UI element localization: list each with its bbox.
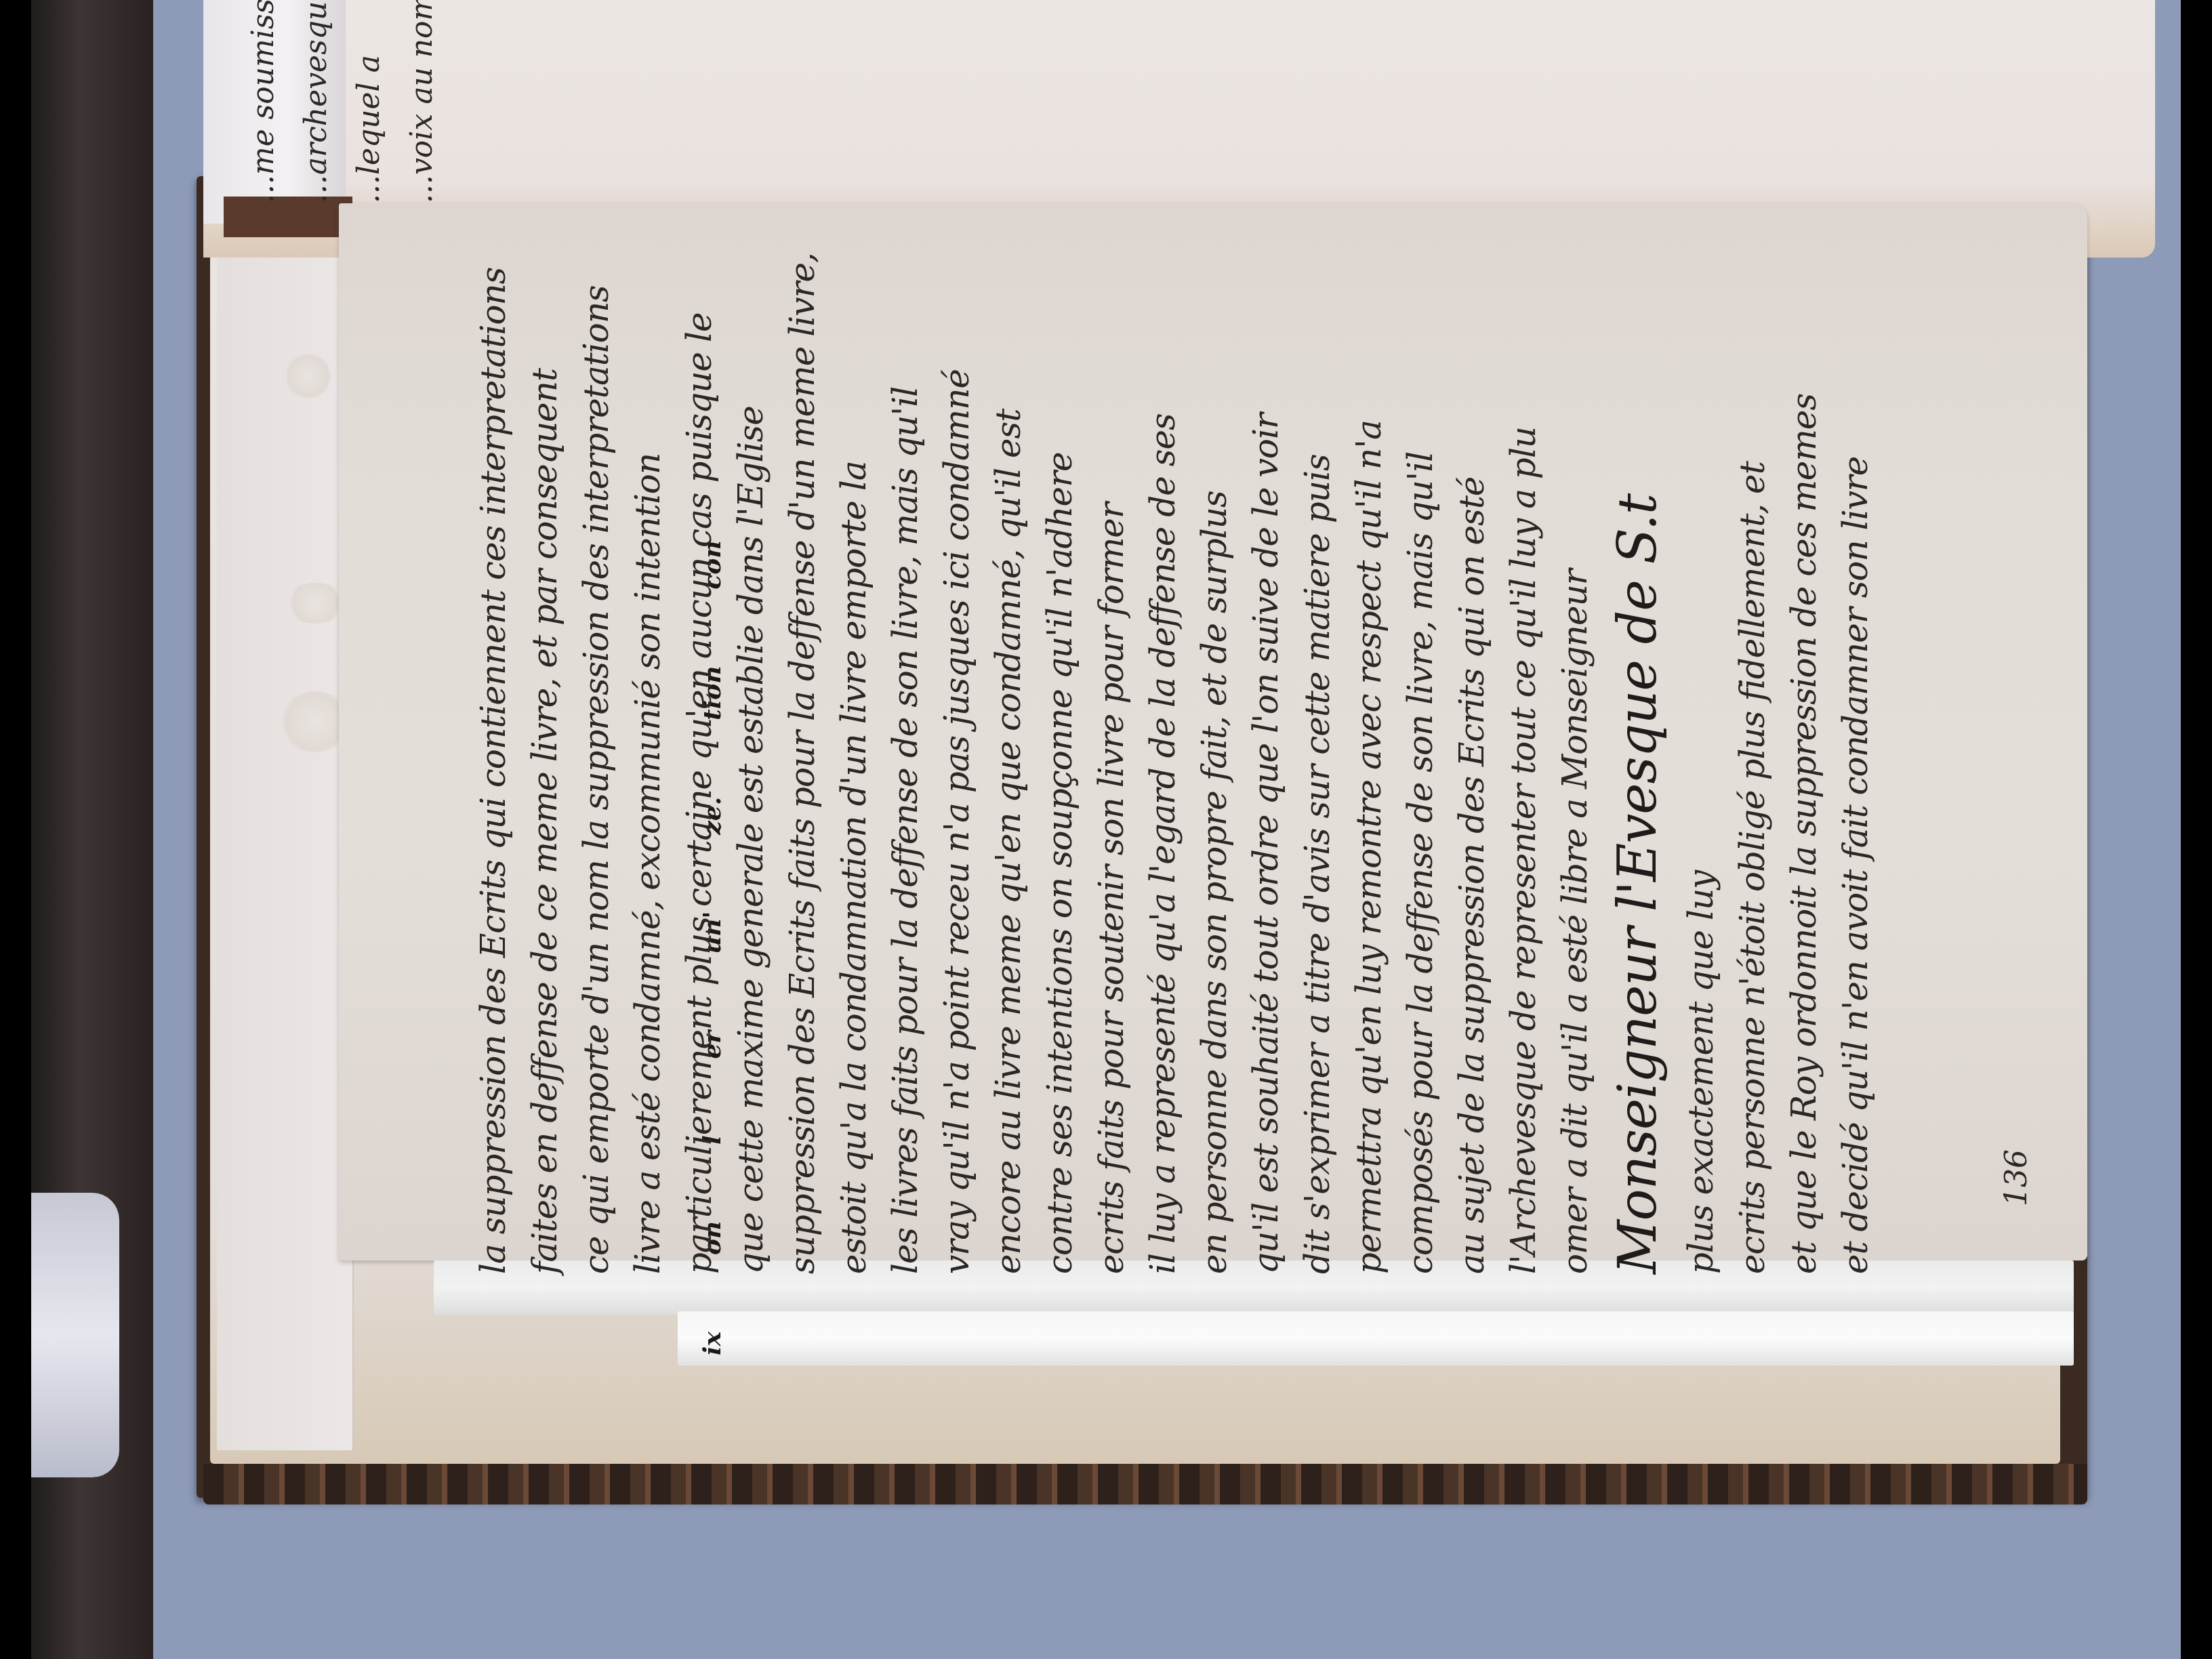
paper-slip <box>678 1311 2074 1366</box>
upper-line: ...voix au nom <box>396 0 449 203</box>
text-line: ecrits faits pour soutenir son livre pou… <box>1086 190 1137 1274</box>
text-line: l'Archevesque de representer tout ce qu'… <box>1498 190 1549 1274</box>
letterbox-left <box>0 0 31 1659</box>
upper-page-text: ...me soumission ...archevesque ...leque… <box>237 0 449 203</box>
text-line: estoit qu'a la condamnation d'un livre e… <box>828 190 880 1274</box>
text-line: et decidé qu'il n'en avoit fait condamne… <box>1830 190 1881 1274</box>
cover-worn-edge <box>203 1464 2087 1504</box>
torn-page-edge <box>217 230 354 1450</box>
text-line: faites en deffense de ce meme livre, et … <box>519 190 571 1274</box>
section-heading: Monseigneur l'Evesque de S.t <box>1601 190 1675 1274</box>
text-line: omer a dit qu'il a esté libre a Monseign… <box>1549 190 1601 1274</box>
text-line: permettra qu'en luy remontre avec respec… <box>1343 190 1395 1274</box>
text-line: contre ses intentions on soupçonne qu'il… <box>1034 190 1086 1274</box>
text-line: dit s'exprimer a titre d'avis sur cette … <box>1292 190 1343 1274</box>
text-line: livre a esté condamné, excommunié son in… <box>622 190 674 1274</box>
upper-line: ...archevesque <box>290 0 343 203</box>
text-line: que cette maxime generale est establie d… <box>725 190 777 1274</box>
paper-stain <box>285 352 332 400</box>
text-line: ecrits personne n'étoit obligé plus fide… <box>1727 190 1778 1274</box>
text-line: ce qui emporte d'un nom la suppression d… <box>571 190 622 1274</box>
cloth-fragment <box>31 1193 119 1477</box>
text-line: vray qu'il n'a point receu n'a pas jusqu… <box>931 190 983 1274</box>
slip-fragment: ix <box>698 1332 726 1355</box>
upper-line: ...lequel a <box>343 0 396 203</box>
paper-stain <box>285 583 346 623</box>
text-line: composés pour la deffense de son livre, … <box>1395 190 1446 1274</box>
page-number: 136 <box>1999 1149 2034 1206</box>
text-line: la suppression des Ecrits qui contiennen… <box>468 190 519 1274</box>
text-line: qu'il est souhaité tout ordre que l'on s… <box>1240 190 1292 1274</box>
text-line: il luy a representé qu'a l'egard de la d… <box>1137 190 1189 1274</box>
text-line: et que le Roy ordonnoit la suppression d… <box>1778 190 1830 1274</box>
text-line: particulierement plus certaine qu'en auc… <box>674 190 725 1274</box>
text-line: plus exactement que luy <box>1675 190 1727 1274</box>
manuscript-text: la suppression des Ecrits qui contiennen… <box>468 190 1881 1274</box>
upper-line: ...me soumission <box>237 0 290 203</box>
text-line: au sujet de la suppression des Ecrits qu… <box>1446 190 1498 1274</box>
text-line: suppression des Ecrits faits pour la def… <box>777 190 828 1274</box>
text-line: en personne dans son propre fait, et de … <box>1189 190 1240 1274</box>
letterbox-right <box>2181 0 2212 1659</box>
text-line: les livres faits pour la deffense de son… <box>880 190 931 1274</box>
text-line: encore au livre meme qu'en que condamné,… <box>983 190 1034 1274</box>
